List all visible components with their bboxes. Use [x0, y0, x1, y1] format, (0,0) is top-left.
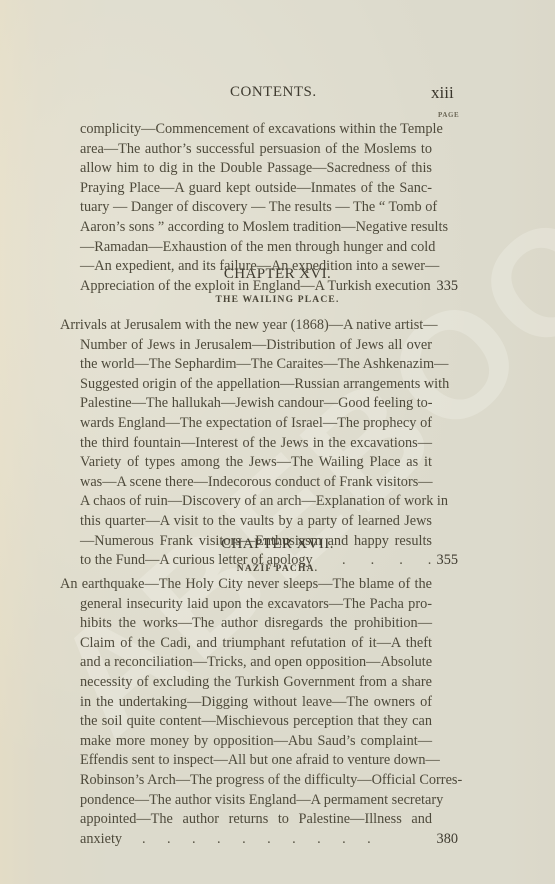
- toc-line: Robinson’s Arch—The progress of the diff…: [80, 771, 432, 791]
- running-title: CONTENTS.: [230, 84, 317, 101]
- toc-line: appointed—The author returns to Palestin…: [80, 810, 432, 830]
- toc-line: Effendis sent to inspect—All but one afr…: [80, 751, 432, 771]
- toc-line: general insecurity laid upon the excavat…: [80, 595, 432, 615]
- chapter-title-xvi: THE WAILING PLACE.: [0, 295, 555, 305]
- running-head: CONTENTS. xiii: [0, 84, 555, 104]
- toc-line: wards England—The expectation of Israel—…: [80, 414, 432, 434]
- toc-line: this quarter—A visit to the vaults by a …: [80, 512, 432, 532]
- toc-line: Number of Jews in Jerusalem—Distribution…: [80, 336, 432, 356]
- toc-line: —Ramadan—Exhaustion of the men through h…: [80, 238, 432, 258]
- page-column-label: PAGE: [438, 111, 459, 119]
- chapter-heading-xvi: CHAPTER XVI.: [0, 266, 555, 283]
- toc-line: complicity—Commencement of excavations w…: [80, 120, 432, 140]
- page-number-folio: xiii: [431, 83, 454, 103]
- toc-line: A chaos of ruin—Discovery of an arch—Exp…: [80, 492, 432, 512]
- toc-entry-end: anxiety . . . . . . . . . . 380: [80, 830, 458, 850]
- toc-line: the soil quite content—Mischievous perce…: [80, 712, 432, 732]
- toc-line: Claim of the Cadi, and triumphant refuta…: [80, 634, 432, 654]
- toc-line: hibits the works—The author disregards t…: [80, 614, 432, 634]
- toc-line: Praying Place—A guard kept outside—Inmat…: [80, 179, 432, 199]
- toc-entry-chapter-xvii: An earthquake—The Holy City never sleeps…: [60, 575, 458, 849]
- toc-line: area—The author’s successful persuasion …: [80, 140, 432, 160]
- toc-line: the third fountain—Interest of the Jews …: [80, 434, 432, 454]
- toc-page-number: 380: [437, 830, 458, 850]
- book-page: ABEBOOKS KC CONTENTS. xiii PAGE complici…: [0, 0, 555, 884]
- toc-line: allow him to dig in the Double Passage—S…: [80, 159, 432, 179]
- chapter-heading-xvii: CHAPTER XVII.: [0, 536, 555, 553]
- toc-line: Aaron’s sons ” according to Moslem tradi…: [80, 218, 432, 238]
- toc-line: in the undertaking—Digging without leave…: [80, 693, 432, 713]
- toc-line: Palestine—The hallukah—Jewish candour—Go…: [80, 394, 432, 414]
- toc-line: Arrivals at Jerusalem with the new year …: [60, 316, 432, 336]
- dot-leader: . . . . . . . . . .: [142, 830, 371, 850]
- toc-line: Suggested origin of the appellation—Russ…: [80, 375, 432, 395]
- toc-line: anxiety: [80, 830, 122, 850]
- toc-line: Variety of types among the Jews—The Wail…: [80, 453, 432, 473]
- toc-line: tuary — Danger of discovery — The result…: [80, 198, 432, 218]
- toc-line: An earthquake—The Holy City never sleeps…: [60, 575, 432, 595]
- toc-line: make more money by opposition—Abu Saud’s…: [80, 732, 432, 752]
- toc-line: necessity of excluding the Turkish Gover…: [80, 673, 432, 693]
- toc-line: was—A scene there—Indecorous conduct of …: [80, 473, 432, 493]
- toc-line: and a reconciliation—Tricks, and open op…: [80, 653, 432, 673]
- toc-entry-chapter-xvi: Arrivals at Jerusalem with the new year …: [60, 316, 458, 571]
- chapter-title-xvii: NAZÍF PACHA.: [0, 564, 555, 574]
- toc-line: pondence—The author visits England—A per…: [80, 791, 432, 811]
- toc-line: the world—The Sephardim—The Caraites—The…: [80, 355, 432, 375]
